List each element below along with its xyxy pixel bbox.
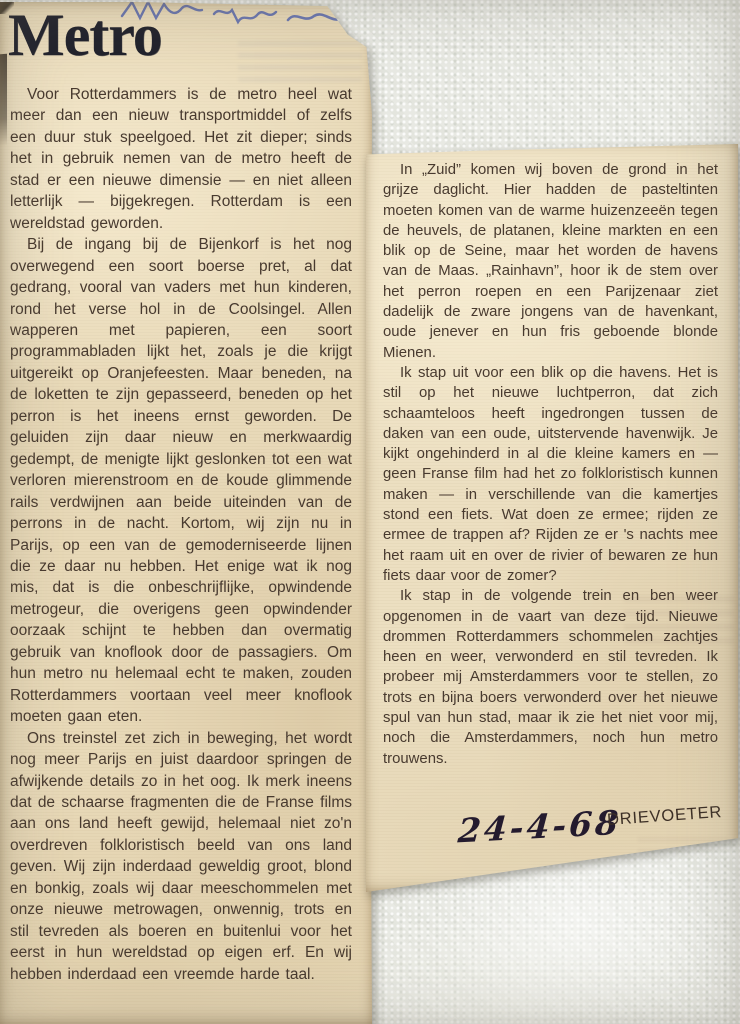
- paragraph: In „Zuid” komen wij boven de grond in he…: [383, 160, 718, 363]
- handwritten-annotation: [118, 0, 374, 42]
- handwritten-date: 24-4-68: [457, 803, 623, 851]
- faded-stamp: [238, 38, 362, 82]
- article-left-column: Voor Rotterdammers is de metro heel wat …: [0, 68, 372, 985]
- torn-edge-mark: [0, 54, 7, 146]
- print-bleedthrough: [624, 592, 734, 644]
- right-clipping-paper: In „Zuid” komen wij boven de grond in he…: [366, 144, 738, 892]
- right-newspaper-clipping: In „Zuid” komen wij boven de grond in he…: [366, 144, 738, 892]
- left-clipping-paper: Metro Voor Rotterdammers is de metro hee…: [0, 2, 372, 1024]
- article-right-column: In „Zuid” komen wij boven de grond in he…: [366, 144, 738, 769]
- byline: DRIEVOETER: [606, 803, 722, 830]
- torn-corner-mark: [0, 2, 14, 14]
- left-newspaper-clipping: Metro Voor Rotterdammers is de metro hee…: [0, 0, 372, 1024]
- paragraph: Voor Rotterdammers is de metro heel wat …: [10, 84, 352, 234]
- paragraph: Bij de ingang bij de Bijenkorf is het no…: [10, 234, 352, 727]
- print-bleedthrough: [638, 836, 728, 866]
- paragraph: Ons treinstel zet zich in beweging, het …: [10, 728, 352, 985]
- paragraph: Ik stap uit voor een blik op die havens.…: [383, 363, 718, 586]
